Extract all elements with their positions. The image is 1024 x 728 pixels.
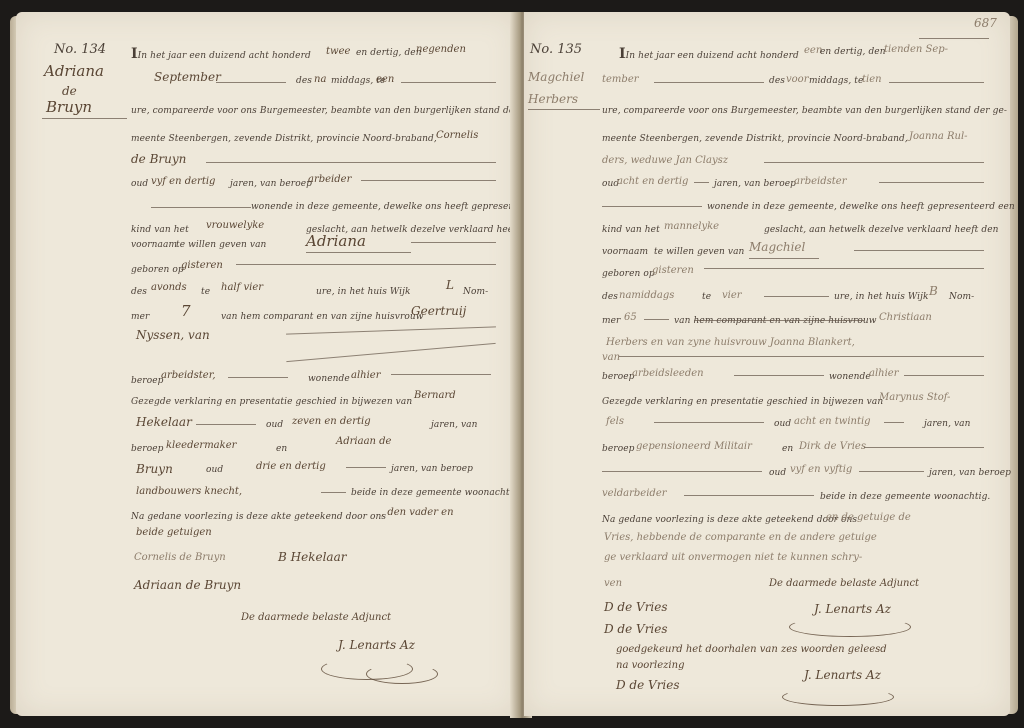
printed-text: en dertig, den	[356, 48, 422, 58]
signature-witness-2: Adriaan de Bruyn	[134, 578, 241, 592]
handwritten-entry: en de getuige de	[826, 512, 911, 523]
printed-text: oud	[131, 179, 148, 189]
handwritten-entry: een	[376, 74, 394, 85]
fill-rule	[889, 82, 984, 83]
margin-rule	[528, 109, 600, 110]
page-number: 687	[974, 16, 997, 30]
handwritten-entry: Nyssen, van	[136, 328, 210, 342]
margin-name-last: Herbers	[528, 92, 578, 106]
fill-rule	[602, 471, 762, 472]
fill-rule	[764, 162, 984, 163]
printed-text: jaren, van beroep	[391, 464, 473, 474]
printed-text: oud	[206, 465, 223, 475]
margin-name-particle: de	[62, 84, 77, 98]
signature-registrar: J. Lenarts Az	[338, 638, 415, 652]
printed-text: kind van het	[131, 225, 189, 235]
printed-text: beroep	[131, 444, 164, 454]
fill-rule	[859, 471, 924, 472]
handwritten-entry: B	[929, 284, 938, 298]
handwritten-entry: Hekelaar	[136, 415, 192, 429]
handwritten-entry: Cornelis	[436, 130, 478, 141]
printed-text: geslacht, aan hetwelk dezelve verklaard …	[764, 225, 999, 235]
left-page: No. 134 Adriana de Bruyn IIn het jaar ee…	[16, 12, 518, 716]
printed-text: Gezegde verklaring en presentatie geschi…	[602, 397, 883, 407]
child-name: Magchiel	[749, 240, 805, 254]
printed-text: meente Steenbergen, zevende Distrikt, pr…	[602, 134, 908, 144]
fill-rule	[684, 495, 814, 496]
printed-text: jaren, van beroep	[714, 179, 796, 189]
printed-text: beroep	[131, 376, 164, 386]
printed-text: IIn het jaar een duizend acht honderd	[131, 46, 311, 62]
handwritten-entry: na	[314, 74, 326, 85]
handwritten-entry: de Bruyn	[131, 152, 186, 166]
fill-rule	[196, 424, 256, 425]
handwritten-entry: arbeidster,	[161, 370, 216, 381]
printed-text: ure, compareerde voor ons Burgemeester, …	[131, 106, 536, 116]
handwritten-entry: Geertruij	[411, 304, 466, 318]
printed-text: jaren, van beroep	[230, 179, 312, 189]
margin-rule	[42, 118, 127, 119]
signature-flourish	[366, 664, 438, 684]
signature-flourish	[789, 617, 911, 637]
printed-text: te	[702, 292, 711, 302]
margin-name-first: Adriana	[44, 62, 104, 80]
fill-rule	[704, 268, 984, 269]
printed-text: jaren, van	[431, 420, 478, 430]
child-name: Adriana	[306, 232, 366, 250]
printed-text: voornaam	[131, 240, 177, 250]
fill-rule	[151, 207, 251, 208]
fill-rule	[346, 467, 386, 468]
printed-text: beroep	[602, 444, 635, 454]
fill-rule	[854, 250, 984, 251]
printed-text: jaren, van beroep	[929, 468, 1011, 478]
open-register-book: No. 134 Adriana de Bruyn IIn het jaar ee…	[10, 12, 1014, 718]
handwritten-entry: voor	[786, 74, 808, 85]
handwritten-entry: vyf en dertig	[151, 176, 215, 187]
signature-registrar: J. Lenarts Az	[804, 668, 881, 682]
printed-text: en dertig, den	[820, 47, 886, 57]
handwritten-entry: Adriaan de	[336, 436, 391, 447]
printed-text: geboren op	[131, 265, 184, 275]
fill-rule	[216, 82, 286, 83]
record-number: No. 134	[54, 42, 106, 57]
printed-text: ure, compareerde voor ons Burgemeester, …	[602, 106, 1007, 116]
printed-text: wonende	[829, 372, 871, 382]
printed-text: beroep	[602, 372, 635, 382]
printed-text: voornaam	[602, 247, 648, 257]
fill-rule	[361, 180, 496, 181]
handwritten-entry: ge verklaard uit onvermogen niet te kunn…	[604, 552, 862, 563]
printed-text: des	[769, 76, 785, 86]
handwritten-entry: Herbers en van zyne huisvrouw Joanna Bla…	[606, 337, 855, 348]
handwritten-entry: alhier	[351, 370, 381, 381]
fill-rule	[206, 162, 496, 163]
fill-rule	[654, 422, 764, 423]
handwritten-entry: acht en twintig	[794, 416, 871, 427]
margin-name-first: Magchiel	[528, 70, 584, 84]
approval-note: na voorlezing	[616, 660, 684, 671]
printed-text: middags, te	[809, 76, 863, 86]
handwritten-entry: alhier	[869, 368, 899, 379]
fill-rule	[864, 447, 984, 448]
handwritten-entry: gisteren	[181, 260, 223, 271]
handwritten-entry: Bernard	[414, 390, 456, 401]
printed-text: van hem comparant en van zijne huisvrouw	[674, 316, 877, 326]
handwritten-entry: mannelyke	[664, 221, 719, 232]
signature-registrar: J. Lenarts Az	[814, 602, 891, 616]
fill-rule	[602, 206, 702, 207]
handwritten-entry: landbouwers knecht,	[136, 486, 242, 497]
header-rule	[919, 38, 989, 39]
handwritten-entry: tienden Sep-	[884, 44, 948, 55]
printed-text: geboren op	[602, 269, 655, 279]
printed-text: beide in deze gemeente woonachtig.	[351, 488, 521, 498]
printed-text: mer	[131, 312, 149, 322]
handwritten-entry: arbeidster	[794, 176, 847, 187]
fill-rule	[884, 422, 904, 423]
handwritten-entry: Vries, hebbende de comparante en de ande…	[604, 532, 877, 543]
registrar-title: De daarmede belaste Adjunct	[769, 578, 919, 589]
signature-witness-1: B Hekelaar	[278, 550, 346, 564]
signature-witness: D de Vries	[616, 678, 680, 692]
printed-text: te	[201, 287, 210, 297]
fill-rule	[306, 252, 411, 253]
printed-text: mer	[602, 316, 620, 326]
fill-rule	[734, 375, 824, 376]
handwritten-entry: gisteren	[652, 265, 694, 276]
printed-text: oud	[774, 419, 791, 429]
handwritten-entry: L	[446, 278, 454, 292]
handwritten-entry: namiddags	[619, 290, 674, 301]
record-number: No. 135	[530, 42, 582, 57]
fill-rule	[694, 182, 709, 183]
handwritten-entry: Christiaan	[879, 312, 932, 323]
printed-text: IIn het jaar een duizend acht honderd	[619, 46, 799, 62]
handwritten-entry: , den vader en	[381, 507, 454, 518]
printed-text: oud	[769, 468, 786, 478]
printed-text: Na gedane voorlezing is deze akte geteek…	[602, 515, 857, 525]
registrar-title: De daarmede belaste Adjunct	[241, 612, 391, 623]
handwritten-entry: vyf en vyftig	[790, 464, 852, 475]
handwritten-entry: vier	[722, 290, 742, 301]
handwritten-entry: vrouwelyke	[206, 220, 264, 231]
printed-text: des	[602, 292, 618, 302]
fill-rule	[321, 492, 346, 493]
printed-text: en	[782, 444, 793, 454]
handwritten-entry: arbeidsleeden	[632, 368, 704, 379]
right-page: 687 No. 135 Magchiel Herbers IIn het jaa…	[524, 12, 1010, 716]
printed-text: Gezegde verklaring en presentatie geschi…	[131, 397, 412, 407]
printed-text: te willen geven van	[654, 247, 744, 257]
printed-text: meente Steenbergen, zevende Distrikt, pr…	[131, 134, 437, 144]
handwritten-entry: ders, weduwe Jan Claysz	[602, 155, 728, 166]
handwritten-entry: half vier	[221, 282, 263, 293]
handwritten-entry: arbeider	[308, 174, 351, 185]
printed-text: Nom-	[949, 292, 974, 302]
fill-rule	[401, 82, 496, 83]
handwritten-entry: Bruyn	[136, 462, 173, 476]
fill-rule	[236, 264, 496, 265]
fill-rule	[228, 377, 288, 378]
fill-rule	[644, 319, 669, 320]
approval-note: goedgekeurd het doorhalen van zes woorde…	[616, 644, 887, 655]
handwritten-entry: Joanna Rul-	[909, 131, 968, 142]
printed-text: Na gedane voorlezing is deze akte geteek…	[131, 512, 386, 522]
handwritten-entry: twee	[326, 46, 350, 57]
handwritten-entry: ven	[604, 578, 622, 589]
printed-text: ure, in het huis Wijk	[834, 292, 929, 302]
printed-text: jaren, van	[924, 419, 971, 429]
signature-witness: D de Vries	[604, 600, 668, 614]
printed-text: Nom-	[463, 287, 488, 297]
fill-rule	[619, 356, 984, 357]
printed-text: en	[276, 444, 287, 454]
handwritten-entry: Dirk de Vries	[799, 441, 866, 452]
printed-text: des	[131, 287, 147, 297]
handwritten-entry: tember	[602, 74, 639, 85]
fill-rule	[391, 374, 491, 375]
handwritten-entry: van	[602, 352, 620, 363]
signature-flourish	[782, 688, 894, 706]
signature-father: Cornelis de Bruyn	[134, 552, 226, 563]
printed-text: des	[296, 76, 312, 86]
handwritten-entry: avonds	[151, 282, 187, 293]
fill-rule	[749, 258, 819, 259]
strike-line	[694, 320, 864, 321]
printed-text: wonende in deze gemeente, dewelke ons he…	[707, 202, 1015, 212]
handwritten-entry: 65	[624, 312, 637, 323]
fill-rule	[764, 296, 829, 297]
handwritten-entry: zeven en dertig	[292, 416, 371, 427]
handwritten-entry: Marynus Stof-	[879, 392, 950, 403]
signature-witness: D de Vries	[604, 622, 668, 636]
fill-rule	[286, 326, 496, 334]
handwritten-entry: beide getuigen	[136, 527, 212, 538]
printed-text: te willen geven van	[176, 240, 266, 250]
printed-text: kind van het	[602, 225, 660, 235]
fill-rule	[879, 182, 984, 183]
printed-text: beide in deze gemeente woonachtig.	[820, 492, 990, 502]
printed-text: oud	[266, 420, 283, 430]
handwritten-entry: drie en dertig	[256, 461, 326, 472]
handwritten-entry: acht en dertig	[617, 176, 688, 187]
handwritten-entry: kleedermaker	[166, 440, 236, 451]
handwritten-entry: tien	[862, 74, 882, 85]
printed-text: van hem comparant en van zijne huisvrouw	[221, 312, 424, 322]
printed-text: wonende	[308, 374, 350, 384]
fill-rule	[904, 375, 984, 376]
fill-rule	[411, 242, 496, 243]
handwritten-entry: September	[154, 70, 221, 84]
handwritten-entry: gepensioneerd Militair	[636, 441, 752, 452]
handwritten-entry: fels	[606, 416, 624, 427]
strike-line	[286, 343, 495, 362]
fill-rule	[654, 82, 764, 83]
handwritten-entry: negenden	[416, 44, 466, 55]
margin-name-last: Bruyn	[46, 98, 92, 116]
printed-text: ure, in het huis Wijk	[316, 287, 411, 297]
handwritten-entry: 7	[181, 302, 191, 320]
handwritten-entry: veldarbeider	[602, 488, 667, 499]
